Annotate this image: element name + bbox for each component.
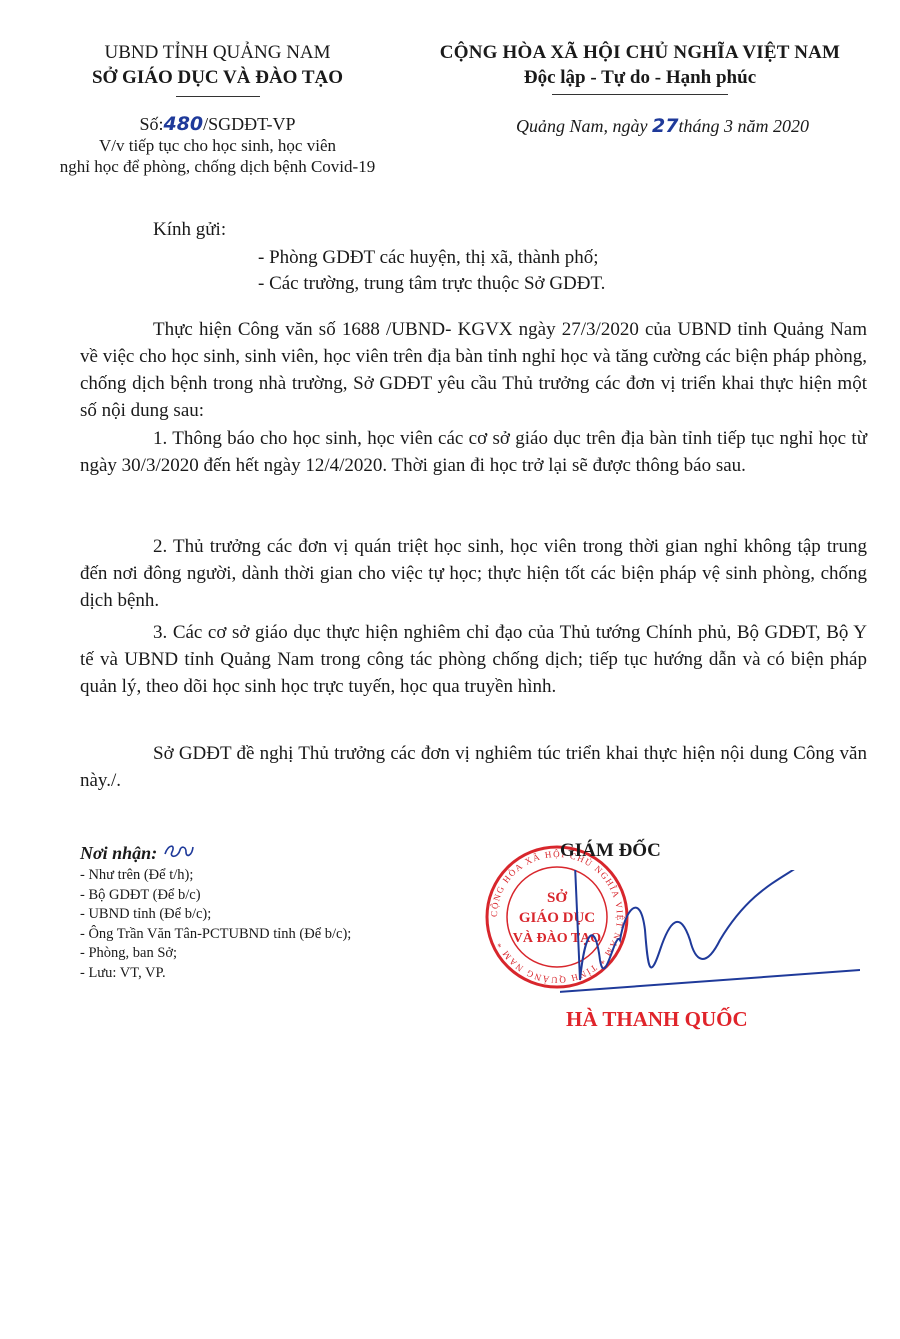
department-name: SỞ GIÁO DỤC VÀ ĐÀO TẠO xyxy=(55,66,380,90)
authority-name: UBND TỈNH QUẢNG NAM xyxy=(55,40,380,66)
signer-name: HÀ THANH QUỐC xyxy=(566,1007,748,1032)
issuing-authority-block: UBND TỈNH QUẢNG NAM SỞ GIÁO DỤC VÀ ĐÀO T… xyxy=(55,40,380,177)
body-paragraph-item-1: 1. Thông báo cho học sinh, học viên các … xyxy=(80,425,867,479)
addressee-label: Kính gửi: xyxy=(153,216,226,243)
body-paragraph-item-2: 2. Thủ trưởng các đơn vị quán triệt học … xyxy=(80,533,867,614)
signature-icon xyxy=(560,870,860,1010)
recipients-list: - Như trên (Để t/h); - Bộ GDĐT (Để b/c) … xyxy=(80,866,351,983)
recipient-item: - Bộ GDĐT (Để b/c) xyxy=(80,886,351,906)
recipient-item: - Lưu: VT, VP. xyxy=(80,964,351,984)
country-name: CỘNG HÒA XÃ HỘI CHỦ NGHĨA VIỆT NAM xyxy=(400,40,880,66)
subject-line-1: V/v tiếp tục cho học sinh, học viên xyxy=(55,135,380,156)
motto-divider xyxy=(552,94,728,95)
header-divider xyxy=(176,96,260,97)
addressee-item: - Các trường, trung tâm trực thuộc Sở GD… xyxy=(258,270,605,297)
recipients-label: Nơi nhận: xyxy=(80,842,196,864)
handwritten-day: 27 xyxy=(652,115,678,137)
recipient-item: - Như trên (Để t/h); xyxy=(80,866,351,886)
body-paragraph-closing: Sở GDĐT đề nghị Thủ trưởng các đơn vị ng… xyxy=(80,740,867,794)
subject-line-2: nghỉ học để phòng, chống dịch bệnh Covid… xyxy=(55,156,380,177)
national-header-block: CỘNG HÒA XÃ HỘI CHỦ NGHĨA VIỆT NAM Độc l… xyxy=(400,40,880,137)
document-number: Số:480/SGDĐT-VP xyxy=(55,113,380,135)
body-paragraph-item-3: 3. Các cơ sở giáo dục thực hiện nghiêm c… xyxy=(80,619,867,700)
handwritten-number: 480 xyxy=(163,113,203,135)
recipient-item: - Ông Trần Văn Tân-PCTUBND tỉnh (Để b/c)… xyxy=(80,925,351,945)
recipient-item: - UBND tỉnh (Để b/c); xyxy=(80,905,351,925)
signer-title: GIÁM ĐỐC xyxy=(560,840,661,862)
document-date: Quảng Nam, ngày 27tháng 3 năm 2020 xyxy=(445,115,880,137)
initials-scribble-icon xyxy=(162,842,196,862)
recipient-item: - Phòng, ban Sở; xyxy=(80,944,351,964)
body-paragraph-intro: Thực hiện Công văn số 1688 /UBND- KGVX n… xyxy=(80,316,867,424)
addressee-item: - Phòng GDĐT các huyện, thị xã, thành ph… xyxy=(258,244,599,271)
national-motto: Độc lập - Tự do - Hạnh phúc xyxy=(400,66,880,90)
